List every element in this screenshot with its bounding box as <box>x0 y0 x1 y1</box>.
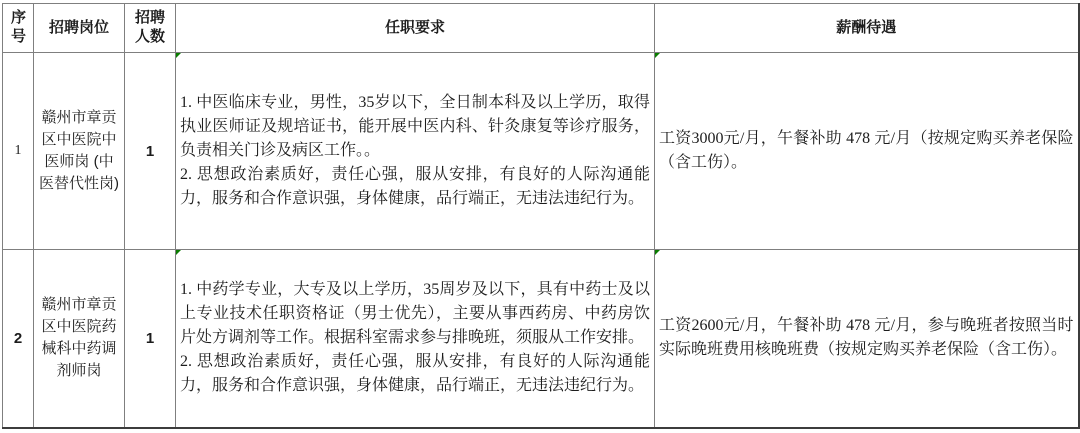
salary-text: 工资2600元/月，午餐补助 478 元/月，参与晚班者按照当时实际晚班费用核晚… <box>659 317 1074 358</box>
recruitment-table: 序号 招聘岗位 招聘人数 任职要求 薪酬待遇 1 赣州市章贡区中医院中医师岗 (… <box>2 3 1080 429</box>
cell-headcount-1: 1 <box>125 53 176 250</box>
cell-requirements-2: 1. 中药学专业，大专及以上学历，35周岁及以下，具有中药士及以上专业技术任职资… <box>176 250 655 428</box>
column-header-serial: 序号 <box>3 4 34 53</box>
cell-error-marker-icon <box>176 250 181 255</box>
salary-text: 工资3000元/月，午餐补助 478 元/月（按规定购买养老保险（含工伤）。 <box>659 130 1074 171</box>
requirements-text: 1. 中药学专业，大专及以上学历，35周岁及以下，具有中药士及以上专业技术任职资… <box>180 281 650 394</box>
requirements-text: 1. 中医临床专业，男性，35岁以下，全日制本科及以上学历，取得执业医师证及规培… <box>180 94 650 207</box>
cell-error-marker-icon <box>655 53 660 58</box>
cell-requirements-1: 1. 中医临床专业，男性，35岁以下，全日制本科及以上学历，取得执业医师证及规培… <box>176 53 655 250</box>
document-sheet: 序号 招聘岗位 招聘人数 任职要求 薪酬待遇 1 赣州市章贡区中医院中医师岗 (… <box>0 0 1080 429</box>
cell-headcount-2: 1 <box>125 250 176 428</box>
cell-error-marker-icon <box>655 250 660 255</box>
column-header-headcount: 招聘人数 <box>125 4 176 53</box>
cell-salary-2: 工资2600元/月，午餐补助 478 元/月，参与晚班者按照当时实际晚班费用核晚… <box>655 250 1079 428</box>
column-header-requirements: 任职要求 <box>176 4 655 53</box>
cell-salary-1: 工资3000元/月，午餐补助 478 元/月（按规定购买养老保险（含工伤）。 <box>655 53 1079 250</box>
cell-serial-2: 2 <box>3 250 34 428</box>
cell-serial-1: 1 <box>3 53 34 250</box>
cell-error-marker-icon <box>176 53 181 58</box>
table-row: 2 赣州市章贡区中医院药械科中药调剂师岗 1 1. 中药学专业，大专及以上学历，… <box>3 250 1079 428</box>
cell-position-2: 赣州市章贡区中医院药械科中药调剂师岗 <box>34 250 125 428</box>
column-header-salary: 薪酬待遇 <box>655 4 1079 53</box>
column-header-position: 招聘岗位 <box>34 4 125 53</box>
table-row: 1 赣州市章贡区中医院中医师岗 (中医替代性岗) 1 1. 中医临床专业，男性，… <box>3 53 1079 250</box>
table-header-row: 序号 招聘岗位 招聘人数 任职要求 薪酬待遇 <box>3 4 1079 53</box>
cell-position-1: 赣州市章贡区中医院中医师岗 (中医替代性岗) <box>34 53 125 250</box>
